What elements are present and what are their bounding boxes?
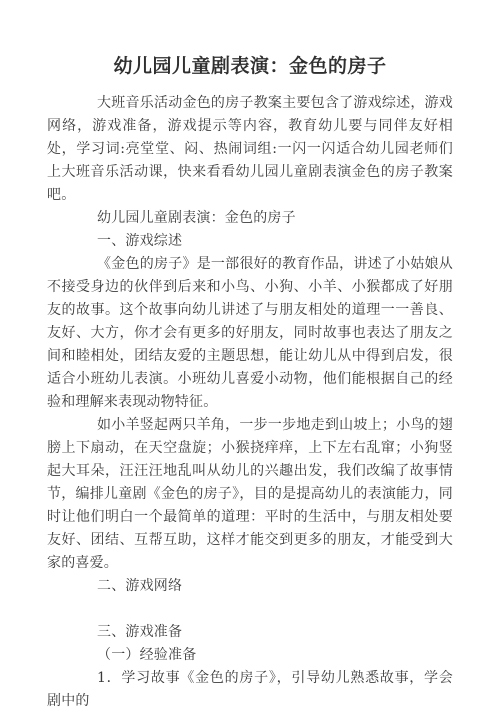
numbered-item-1: 1．学习故事《金色的房子》，引导幼儿熟悉故事，学会剧中的	[47, 667, 453, 707]
subsection-heading-experience-preparation: （一）经验准备	[47, 644, 453, 667]
overview-paragraph-1: 《金色的房子》是一部很好的教育作品，讲述了小姑娘从不接受身边的伙伴到后来和小鸟、…	[47, 253, 453, 414]
overview-paragraph-2: 如小羊竖起两只羊角，一步一步地走到山坡上；小鸟的翅膀上下扇动，在天空盘旋；小猴挠…	[47, 414, 453, 575]
section-heading-game-preparation: 三、游戏准备	[47, 621, 453, 644]
section-heading-game-overview: 一、游戏综述	[47, 230, 453, 253]
subtitle-line: 幼儿园儿童剧表演：金色的房子	[47, 207, 453, 230]
intro-paragraph: 大班音乐活动金色的房子教案主要包含了游戏综述，游戏网络，游戏准备，游戏提示等内容…	[47, 92, 453, 207]
document-title: 幼儿园儿童剧表演：金色的房子	[47, 50, 453, 82]
document-page: 幼儿园儿童剧表演：金色的房子 大班音乐活动金色的房子教案主要包含了游戏综述，游戏…	[0, 0, 500, 707]
section-heading-game-network: 二、游戏网络	[47, 575, 453, 598]
blank-line	[47, 598, 453, 621]
